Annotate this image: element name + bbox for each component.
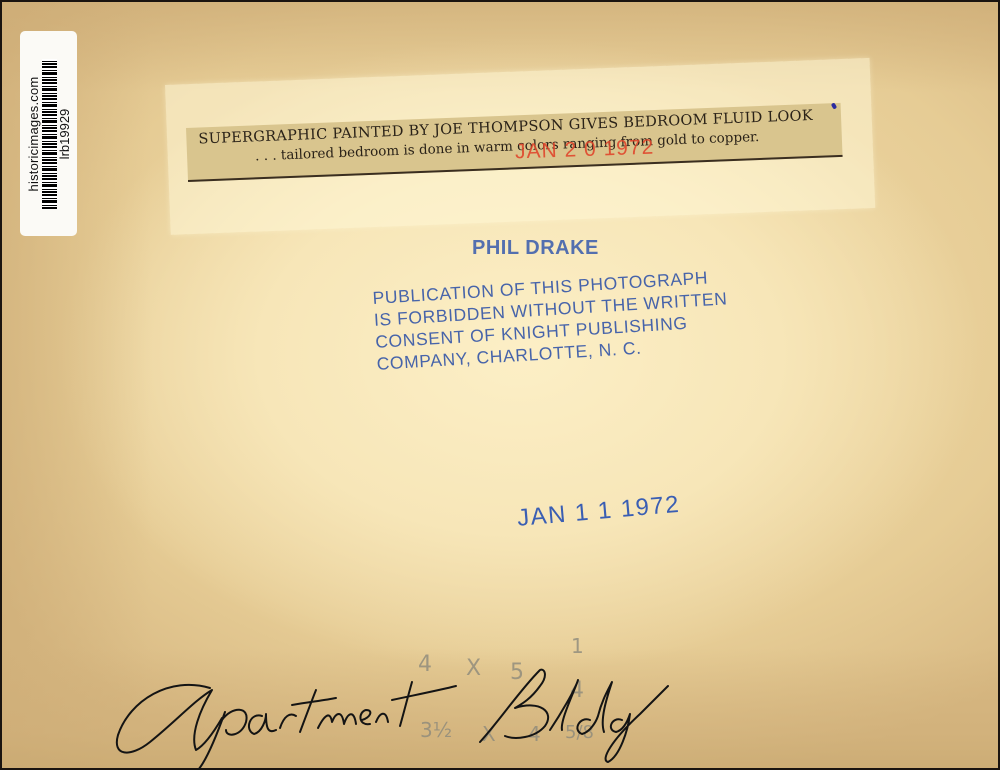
barcode-site-text: historicimages.com [26, 76, 40, 191]
pencil-note: 3½ [420, 718, 452, 742]
barcode-item-id: lrb19929 [57, 108, 71, 159]
pencil-note: X [482, 722, 496, 746]
pencil-note: 4 [528, 722, 541, 746]
pencil-note: 4 [570, 678, 584, 703]
pencil-note: 5/8 [565, 722, 594, 743]
pencil-note: 1 [571, 634, 584, 658]
photographer-stamp: PHIL DRAKE [472, 237, 599, 260]
barcode-icon [41, 59, 56, 209]
red-date-stamp: JAN 2 0 1972 [515, 136, 655, 165]
barcode-label: historicimages.com lrb19929 [20, 31, 77, 236]
